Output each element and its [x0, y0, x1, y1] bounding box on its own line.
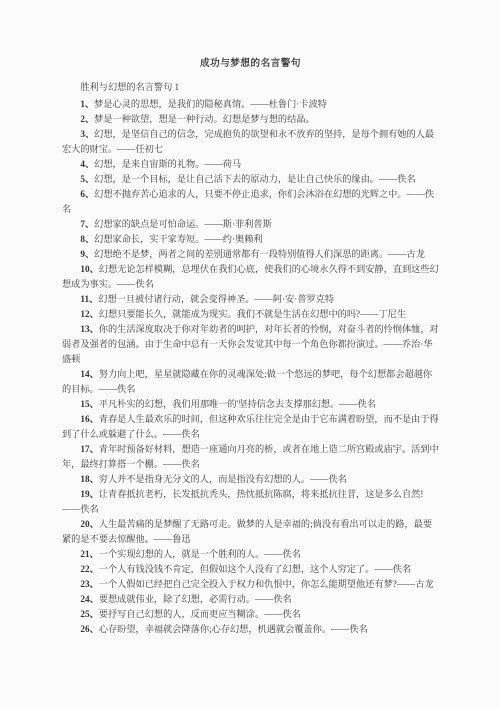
quote-number: 24、 [80, 594, 98, 604]
quote-item: 8、幻想家命长，实干家寿短。——约·奥赖利 [62, 232, 439, 247]
quote-item: 6、幻想不抛弃苦心追求的人，只要不停止追求，你们会沐浴在幻想的光辉之中。——佚名 [62, 187, 439, 217]
quote-text: 幻想家的缺点是可怕命运。——斯·菲利普斯 [94, 219, 272, 229]
quote-item: 25、要抒写自己幻想的人，反而更应当糊涂。——佚名 [62, 607, 439, 622]
quote-number: 19、 [80, 489, 98, 499]
document-subtitle: 胜利与幻想的名言警句 1 [62, 80, 439, 95]
quote-number: 8、 [80, 234, 94, 244]
quote-item: 11、幻想一旦被付诸行动，就会变得神圣。——阿·安·普罗克特 [62, 292, 439, 307]
quote-item: 10、幻想无论怎样模糊，总埋伏在我们心底，使我们的心境永久得不到安静，直到这些幻… [62, 262, 439, 292]
quote-item: 15、平凡朴实的幻想，我们用那唯一的'坚持信念去支撑那幻想。——佚名 [62, 397, 439, 412]
quote-item: 13、你的生活深度取决于你对年幼者的呵护，对年长者的怜悯，对奋斗者的怜悯体恤，对… [62, 322, 439, 367]
quote-text: 幻想无论怎样模糊，总埋伏在我们心底，使我们的心境永久得不到安静，直到这些幻想成为… [62, 264, 439, 289]
quote-text: 你的生活深度取决于你对年幼者的呵护，对年长者的怜悯，对奋斗者的怜悯体恤，对弱者及… [62, 324, 439, 364]
quote-number: 23、 [80, 579, 98, 589]
quote-number: 25、 [80, 609, 98, 619]
quote-number: 9、 [80, 249, 94, 259]
quote-number: 16、 [80, 414, 98, 424]
quote-item: 26、心存盼望，幸福就会降落你;心存幻想，机遇就会覆盖你。——佚名 [62, 622, 439, 637]
quote-item: 18、穷人并不是指身无分文的人，而是指没有幻想的人。——佚名 [62, 472, 439, 487]
quote-text: 一个人有钱没钱不肯定，但假如这个人没有了幻想，这个人穷定了。——佚名 [99, 564, 411, 574]
quote-number: 15、 [80, 399, 98, 409]
quote-number: 26、 [80, 624, 98, 634]
quote-text: 要想成就伟业，除了幻想，必需行动。——佚名 [99, 594, 292, 604]
quote-text: 青春是人生最欢乐的时间，但这种欢乐往往完全是由于它布满着盼望，而不是由于得到了什… [62, 414, 439, 439]
quote-item: 22、一个人有钱没钱不肯定，但假如这个人没有了幻想，这个人穷定了。——佚名 [62, 562, 439, 577]
quote-item: 20、人生最苦痛的是梦醒了无路可走。做梦的人是幸福的;倘没有看出可以走的路，最要… [62, 517, 439, 547]
quote-number: 14、 [80, 369, 98, 379]
quote-text: 幻想家命长，实干家寿短。——约·奥赖利 [94, 234, 262, 244]
quote-text: 要抒写自己幻想的人，反而更应当糊涂。——佚名 [99, 609, 301, 619]
quote-item: 4、幻想，是来自宙斯的礼物。——荷马 [62, 157, 439, 172]
quote-text: 幻想一旦被付诸行动，就会变得神圣。——阿·安·普罗克特 [98, 294, 334, 304]
quote-list: 1、梦是心灵的思想，是我们的隐秘真情。——杜鲁门·卡波特2、梦是一种欲望，想是一… [62, 97, 439, 637]
quote-number: 13、 [80, 324, 98, 334]
quote-text: 梦是一种欲望，想是一种行动。幻想是梦与想的结晶。 [94, 114, 315, 124]
quote-item: 7、幻想家的缺点是可怕命运。——斯·菲利普斯 [62, 217, 439, 232]
quote-text: 心存盼望，幸福就会降落你;心存幻想，机遇就会覆盖你。——佚名 [99, 624, 368, 634]
quote-text: 幻想只要能长久，就能成为现实。我们不就是生活在幻想中的吗?——丁尼生 [99, 309, 406, 319]
quote-text: 幻想不抛弃苦心追求的人，只要不停止追求，你们会沐浴在幻想的光辉之中。——佚名 [62, 189, 434, 214]
document-page: 成功与梦想的名言警句 胜利与幻想的名言警句 1 1、梦是心灵的思想，是我们的隐秘… [0, 0, 500, 707]
quote-text: 平凡朴实的幻想，我们用那唯一的'坚持信念去支撑那幻想。——佚名 [99, 399, 376, 409]
quote-text: 幻想，是一个目标，是让自己活下去的原动力，是让自己快乐的缘由。——佚名 [94, 174, 416, 184]
quote-text: 让青春抵抗老朽，长发抵抗秃头，热忱抵抗陈腐，将来抵抗往昔，这是多么自然!——佚名 [62, 489, 423, 514]
quote-item: 9、幻想绝不是梦，两者之间的差别通常都有一段特别值得人们深思的距离。——古龙 [62, 247, 439, 262]
quote-text: 一个人假如已经把自己完全投入于权力和仇恨中，你怎么能期望他还有梦?——古龙 [99, 579, 434, 589]
quote-text: 青年时预备好材料，想造一座通向月亮的桥，或者在地上造二所宫殿或庙宇。活到中年，最… [62, 444, 439, 469]
quote-item: 2、梦是一种欲望，想是一种行动。幻想是梦与想的结晶。 [62, 112, 439, 127]
quote-number: 10、 [80, 264, 98, 274]
quote-text: 梦是心灵的思想，是我们的隐秘真情。——杜鲁门·卡波特 [94, 99, 327, 109]
quote-item: 19、让青春抵抗老朽，长发抵抗秃头，热忱抵抗陈腐，将来抵抗往昔，这是多么自然!—… [62, 487, 439, 517]
quote-text: 幻想绝不是梦，两者之间的差别通常都有一段特别值得人们深思的距离。——古龙 [94, 249, 425, 259]
quote-text: 努力向上吧，星星就隐藏在你的灵魂深处;做一个悠远的梦吧，每个幻想都会超越你的目标… [62, 369, 432, 394]
quote-item: 3、幻想，是坚信自己的信念，完成抱负的欲望和永不放弃的坚持，是每个拥有她的人最宏… [62, 127, 439, 157]
quote-number: 20、 [80, 519, 98, 529]
quote-number: 12、 [80, 309, 98, 319]
quote-number: 11、 [80, 294, 98, 304]
document-title: 成功与梦想的名言警句 [62, 56, 439, 71]
quote-item: 14、努力向上吧，星星就隐藏在你的灵魂深处;做一个悠远的梦吧，每个幻想都会超越你… [62, 367, 439, 397]
quote-text: 幻想，是来自宙斯的礼物。——荷马 [94, 159, 241, 169]
quote-number: 1、 [80, 99, 94, 109]
quote-number: 17、 [80, 444, 98, 454]
quote-number: 21、 [80, 549, 98, 559]
quote-number: 5、 [80, 174, 94, 184]
quote-item: 16、青春是人生最欢乐的时间，但这种欢乐往往完全是由于它布满着盼望，而不是由于得… [62, 412, 439, 442]
quote-item: 12、幻想只要能长久，就能成为现实。我们不就是生活在幻想中的吗?——丁尼生 [62, 307, 439, 322]
quote-number: 2、 [80, 114, 94, 124]
quote-number: 22、 [80, 564, 98, 574]
quote-number: 3、 [80, 129, 94, 139]
quote-number: 4、 [80, 159, 94, 169]
quote-number: 18、 [80, 474, 98, 484]
quote-item: 23、一个人假如已经把自己完全投入于权力和仇恨中，你怎么能期望他还有梦?——古龙 [62, 577, 439, 592]
quote-item: 24、要想成就伟业，除了幻想，必需行动。——佚名 [62, 592, 439, 607]
quote-text: 幻想，是坚信自己的信念，完成抱负的欲望和永不放弃的坚持，是每个拥有她的人最宏大的… [62, 129, 434, 154]
quote-item: 1、梦是心灵的思想，是我们的隐秘真情。——杜鲁门·卡波特 [62, 97, 439, 112]
quote-text: 一个实现幻想的人，就是一个胜利的人。——佚名 [99, 549, 301, 559]
quote-item: 17、青年时预备好材料，想造一座通向月亮的桥，或者在地上造二所宫殿或庙宇。活到中… [62, 442, 439, 472]
quote-item: 21、一个实现幻想的人，就是一个胜利的人。——佚名 [62, 547, 439, 562]
quote-text: 穷人并不是指身无分文的人，而是指没有幻想的人。——佚名 [99, 474, 347, 484]
quote-item: 5、幻想，是一个目标，是让自己活下去的原动力，是让自己快乐的缘由。——佚名 [62, 172, 439, 187]
quote-text: 人生最苦痛的是梦醒了无路可走。做梦的人是幸福的;倘没有看出可以走的路，最要紧的是… [62, 519, 432, 544]
quote-number: 6、 [80, 189, 94, 199]
quote-number: 7、 [80, 219, 94, 229]
